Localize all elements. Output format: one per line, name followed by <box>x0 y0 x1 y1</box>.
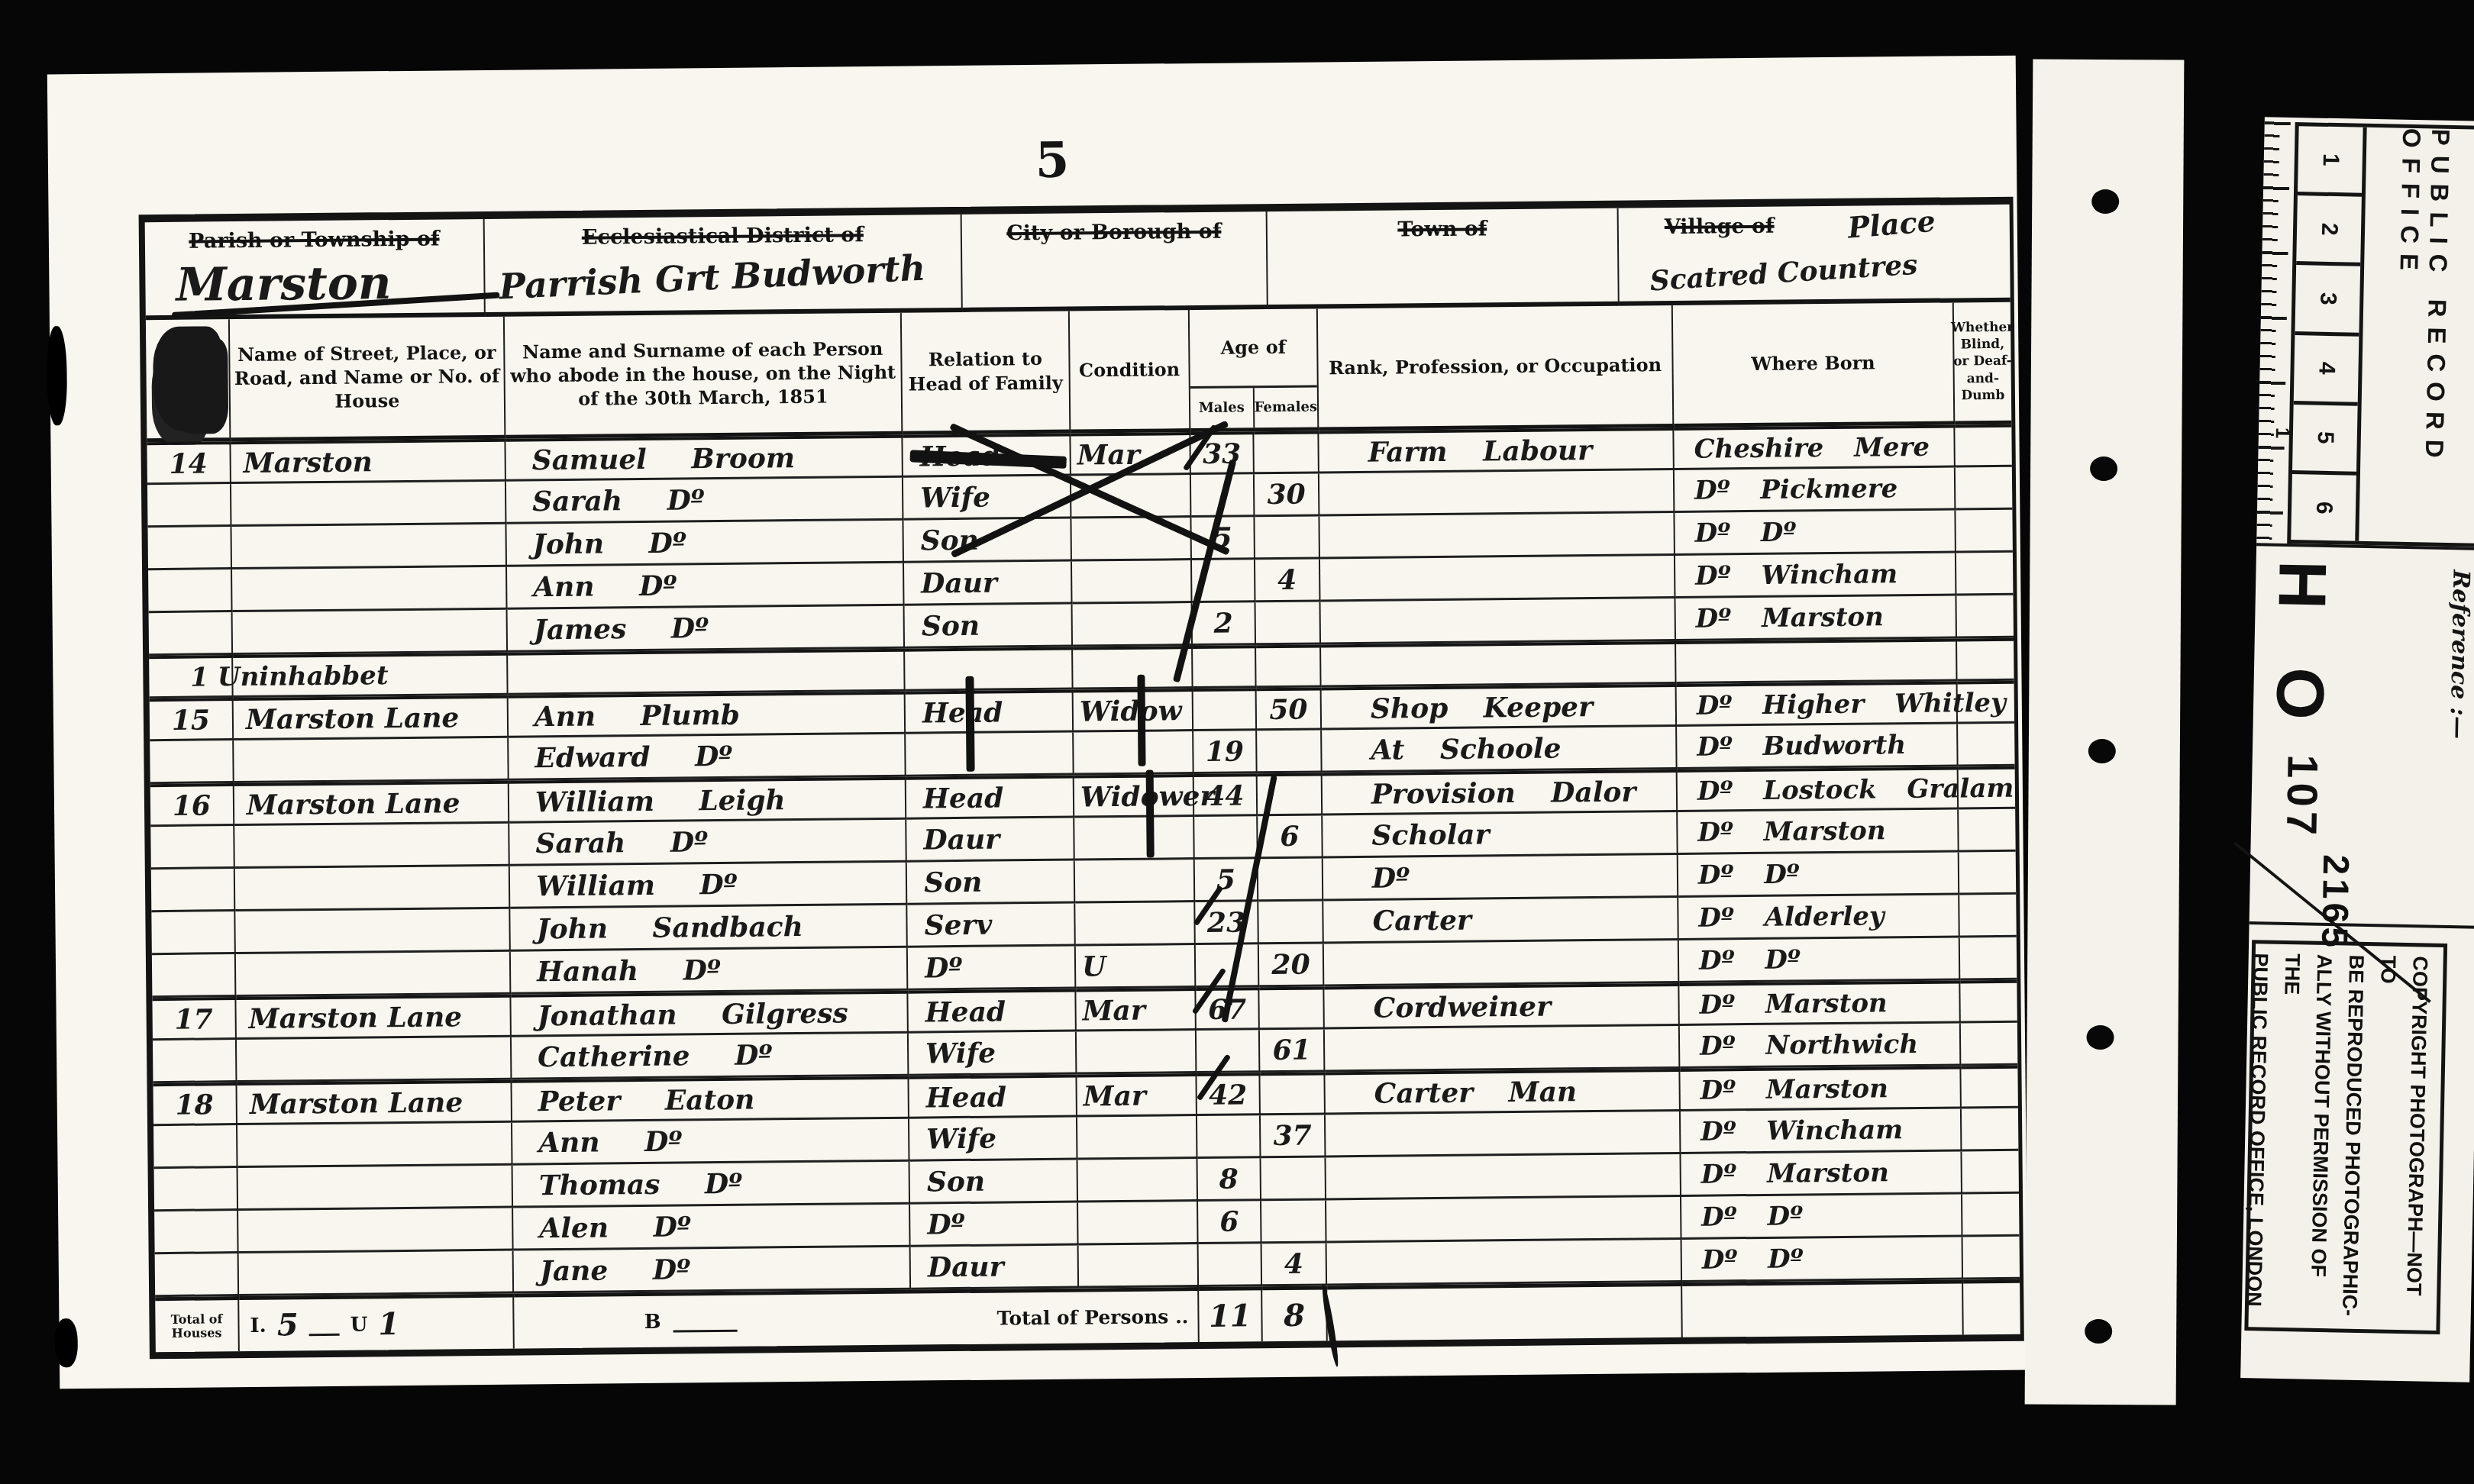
cell-street: Marston Lane <box>237 1080 512 1125</box>
cell-born: Dº Marston <box>1678 809 1959 855</box>
cell-blind <box>1959 809 2016 853</box>
cell-occupation <box>1326 1154 1681 1200</box>
cell-age-f <box>1260 1072 1326 1115</box>
ink-smudge <box>153 327 223 431</box>
handwritten-occupation: Carter <box>1372 904 1471 937</box>
handwritten-relation: Son <box>922 609 980 642</box>
cell-occupation <box>1326 1111 1681 1157</box>
column-header-row: Name of Street, Place, or Road, and Name… <box>146 302 2011 442</box>
punch-hole <box>2091 189 2119 214</box>
cell-street <box>239 1251 515 1296</box>
cm-number: 5 <box>2292 405 2358 476</box>
cell-born: Dº Marston <box>1679 980 1961 1026</box>
cell-street: Marston <box>231 439 506 484</box>
cell-condition: Widow <box>1074 689 1194 733</box>
cell-name: Sarah Dº <box>506 478 904 524</box>
village-value-line2: Scatred Countres <box>1649 249 1918 298</box>
cell-occupation: Cordweiner <box>1324 983 1680 1029</box>
cell-age-m: 6 <box>1198 1201 1262 1244</box>
column-name: Name and Surname of each Person who abod… <box>505 313 903 439</box>
cell-schedule <box>154 1168 239 1211</box>
handwritten-relation: Son <box>924 866 983 898</box>
cell-name: Hanah Dº <box>511 948 909 995</box>
cell-street <box>235 909 511 954</box>
handwritten-occupation: Scholar <box>1371 818 1489 851</box>
reference-label: Reference :— <box>2444 569 2474 739</box>
cm-ruler-box: 1 2 3 4 5 6 PUBLIC RECORD OFFICE <box>2287 122 2474 547</box>
district-label: Ecclesiastical District of <box>485 222 961 250</box>
handwritten-schedule: 14 <box>169 447 208 479</box>
handwritten-condition: Mar <box>1084 1079 1147 1112</box>
handwritten-relation: Son <box>927 1165 986 1198</box>
cell-born: Dº Budworth <box>1677 724 1959 769</box>
handwritten-name: Samuel Broom <box>531 442 795 476</box>
cell-occupation <box>1324 940 1680 986</box>
cell-schedule <box>152 954 237 998</box>
handwritten-name: William Leigh <box>535 784 786 818</box>
cell-born: Dº Dº <box>1682 1237 1964 1282</box>
handwritten-schedule: 17 <box>174 1003 213 1035</box>
handwritten-relation: Serv <box>924 908 992 941</box>
total-persons-label: B Total of Persons .. <box>514 1287 1200 1349</box>
handwritten-relation: Daur <box>923 823 1000 856</box>
reference-section: Reference :— H O 107 2165 <box>2250 543 2474 929</box>
handwritten-schedule: 15 <box>172 704 211 736</box>
district-value: Parrish Grt Budworth <box>498 247 926 308</box>
cell-age-m: 2 <box>1193 602 1257 646</box>
cell-age-m <box>1197 1115 1261 1159</box>
cell-schedule <box>154 1211 239 1254</box>
cell-age-m <box>1193 645 1257 689</box>
handwritten-name: Jane Dº <box>540 1253 691 1287</box>
cell-occupation <box>1326 1197 1682 1243</box>
cell-born: Dº Wincham <box>1675 553 1957 598</box>
handwritten-condition: Mar <box>1082 994 1145 1027</box>
handwritten-name: Peter Eaton <box>538 1083 755 1118</box>
cell-name: Thomas Dº <box>513 1162 911 1208</box>
parish-label: Parish or Township of <box>145 227 483 253</box>
cell-blind <box>1956 510 2013 553</box>
cell-name: William Dº <box>510 863 908 909</box>
cell-age-f <box>1256 644 1322 688</box>
handwritten-name: William Dº <box>536 868 738 902</box>
cell-name: William Leigh <box>509 777 907 824</box>
cell-blind <box>1960 937 2017 981</box>
cell-born: Dº Dº <box>1681 1194 1963 1240</box>
handwritten-name: Edward Dº <box>535 740 732 773</box>
handwritten-relation: Son <box>921 524 980 556</box>
handwritten-street: Marston Lane <box>247 787 460 821</box>
cell-age-f <box>1261 1200 1327 1244</box>
cell-schedule <box>155 1253 240 1297</box>
handwritten-name: Sarah Dº <box>535 826 708 860</box>
building-label: B <box>644 1310 661 1333</box>
cm-number: 4 <box>2294 335 2359 406</box>
handwritten-relation: Dº <box>927 1208 965 1240</box>
cell-born: Dº Marston <box>1675 595 1957 641</box>
handwritten-name: Sarah Dº <box>532 484 705 518</box>
cell-street: Marston Lane <box>236 995 512 1040</box>
column-age-label: Age of <box>1190 308 1317 389</box>
handwritten-born: Dº Wincham <box>1695 559 1897 592</box>
handwritten-occupation: Dº <box>1372 862 1410 894</box>
cell-schedule <box>151 869 236 912</box>
cell-name: Ann Dº <box>512 1119 910 1166</box>
cell-name: Jonathan Gilgress <box>511 991 909 1037</box>
inhabited-label: I. <box>250 1314 266 1337</box>
handwritten-age-m: 6 <box>1219 1205 1239 1237</box>
cell-relation: Head <box>908 989 1077 1034</box>
cell-occupation <box>1325 1026 1681 1072</box>
handwritten-occupation: Farm Labour <box>1368 434 1592 469</box>
cell-name: Sarah Dº <box>509 820 907 866</box>
cell-street <box>232 567 508 612</box>
cell-blind <box>1962 1194 2020 1237</box>
persons-label-text: Total of Persons .. <box>997 1305 1189 1329</box>
handwritten-born: Dº Dº <box>1699 944 1801 976</box>
handwritten-name: John Sandbach <box>536 910 803 944</box>
cell-age-m <box>1197 1030 1261 1073</box>
totals-empty-born <box>1682 1279 1964 1337</box>
cell-age-f <box>1255 516 1320 560</box>
handwritten-born: Dº Dº <box>1702 1244 1804 1275</box>
cell-blind <box>1963 1237 2020 1280</box>
village-label: Village of <box>1619 211 2056 239</box>
cell-age-m <box>1194 816 1258 860</box>
cell-born: Dº Lostock Gralam <box>1678 766 1959 812</box>
cell-blind <box>1960 980 2017 1024</box>
handwritten-age-f: 30 <box>1267 478 1306 510</box>
cell-condition <box>1072 560 1193 605</box>
cell-name: John Sandbach <box>510 905 908 952</box>
cell-occupation: Carter Man <box>1325 1069 1681 1115</box>
cell-occupation: Shop Keeper <box>1322 684 1678 730</box>
cell-relation: Wife <box>909 1118 1078 1162</box>
cell-condition: U <box>1076 945 1197 989</box>
ink-mark <box>1146 770 1155 858</box>
cell-street: 1 Uninhabbet <box>233 653 509 698</box>
handwritten-street: Marston Lane <box>250 1086 463 1121</box>
cell-condition <box>1073 603 1193 647</box>
handwritten-name: Ann Plumb <box>535 698 740 733</box>
cell-condition <box>1078 1202 1199 1246</box>
cell-relation: Head <box>906 690 1074 734</box>
cell-age-f: 50 <box>1257 687 1323 731</box>
blank-rule <box>673 1310 738 1333</box>
cell-relation: Dº <box>910 1203 1079 1247</box>
cell-schedule <box>147 484 232 527</box>
cell-occupation <box>1321 598 1677 644</box>
column-street: Name of Street, Place, or Road, and Name… <box>230 317 506 441</box>
cell-name: John Dº <box>506 521 904 567</box>
handwritten-born: Dº Alderley <box>1698 901 1885 933</box>
cell-condition: Widower <box>1074 774 1195 818</box>
handwritten-occupation: Cordweiner <box>1373 990 1551 1024</box>
cell-occupation: Farm Labour <box>1319 427 1675 473</box>
cell-blind <box>1958 724 2015 767</box>
cell-relation: Daur <box>906 818 1075 863</box>
village-cell: Village of Place Scatred Countres <box>1619 205 2011 306</box>
reference-class-stamp: 107 <box>2277 754 2328 840</box>
cell-name: Peter Eaton <box>512 1076 909 1123</box>
cell-name: Edward Dº <box>509 734 906 781</box>
cell-relation: Head <box>906 776 1075 820</box>
census-page: 5 Parish or Township of Marston Ecclesia… <box>47 56 2028 1389</box>
handwritten-age-f: 61 <box>1272 1034 1311 1066</box>
cell-age-m: 42 <box>1197 1073 1261 1116</box>
city-cell: City or Borough of <box>962 211 1268 312</box>
total-persons-females: 8 <box>1284 1298 1305 1334</box>
handwritten-name: Thomas Dº <box>539 1167 743 1202</box>
handwritten-relation: Head <box>925 995 1006 1028</box>
handwritten-condition: U <box>1082 950 1106 982</box>
handwritten-age-m: 44 <box>1206 779 1245 811</box>
total-houses-values: I. 5 U 1 <box>239 1294 515 1351</box>
handwritten-born: Dº Wincham <box>1700 1115 1903 1147</box>
handwritten-name: James Dº <box>534 612 709 646</box>
handwritten-born: Dº Dº <box>1701 1201 1803 1232</box>
column-condition: Condition <box>1070 310 1191 433</box>
cell-occupation: Carter <box>1323 898 1679 944</box>
cell-condition <box>1079 1244 1200 1289</box>
handwritten-relation: Dº <box>925 951 963 983</box>
cell-age-f <box>1254 431 1319 474</box>
handwritten-street: 1 Uninhabbet <box>190 660 389 692</box>
handwritten-relation: Head <box>923 782 1004 815</box>
page-number: 5 <box>1006 131 1099 189</box>
total-persons-males: 11 <box>1209 1298 1252 1334</box>
cell-blind <box>1957 638 2014 682</box>
inch-number: 1 <box>2271 427 2295 439</box>
cell-name <box>508 649 906 695</box>
cell-relation: Serv <box>907 904 1076 948</box>
cell-condition: Mar <box>1076 988 1197 1032</box>
cell-schedule <box>148 527 233 570</box>
cell-blind <box>1962 1151 2019 1195</box>
cell-condition <box>1073 646 1193 690</box>
cell-occupation <box>1319 513 1675 559</box>
totals-empty-blind <box>1963 1279 2020 1335</box>
cell-blind <box>1956 553 2014 596</box>
handwritten-age-f: 50 <box>1269 693 1308 725</box>
handwritten-name: Ann Dº <box>533 569 677 603</box>
cell-name: Samuel Broom <box>505 435 903 482</box>
cell-occupation: Scholar <box>1323 812 1678 858</box>
district-cell: Ecclesiastical District of Parrish Grt B… <box>485 215 963 317</box>
punch-hole <box>2085 1319 2112 1344</box>
reference-series-stamp: H O <box>2260 560 2341 740</box>
handwritten-relation: Head <box>922 696 1003 729</box>
cell-relation: Dº <box>908 947 1077 991</box>
handwritten-age-f: 6 <box>1280 820 1299 852</box>
handwritten-name: John Dº <box>533 527 687 560</box>
handwritten-relation: Daur <box>921 566 997 599</box>
cell-age-f <box>1261 1157 1326 1201</box>
cell-schedule: 18 <box>153 1082 237 1126</box>
cell-occupation: At Schoole <box>1322 727 1678 773</box>
cell-occupation <box>1319 470 1675 516</box>
handwritten-born: Dº Northwich <box>1700 1028 1918 1061</box>
handwritten-occupation: At Schoole <box>1371 732 1562 766</box>
handwritten-occupation: Provision Dalor <box>1371 776 1636 810</box>
cell-relation <box>905 647 1074 692</box>
cell-name: Alen Dº <box>513 1205 911 1251</box>
cell-born: Dº Alderley <box>1678 895 1960 940</box>
cell-relation: Son <box>905 605 1074 649</box>
handwritten-born: Dº Dº <box>1694 517 1796 548</box>
cell-age-m <box>1193 688 1258 731</box>
handwritten-relation: Wife <box>926 1122 996 1155</box>
handwritten-street: Marston Lane <box>246 702 460 736</box>
cell-relation: Head <box>909 1075 1077 1119</box>
cell-age-m <box>1196 944 1260 988</box>
handwritten-name: Catherine Dº <box>538 1039 773 1073</box>
reference-piece-stamp: 2165 <box>2313 854 2356 952</box>
cm-number: 2 <box>2296 195 2362 266</box>
city-label: City or Borough of <box>962 219 1266 246</box>
cell-condition <box>1077 1031 1197 1075</box>
cell-born <box>1676 638 1958 684</box>
cell-schedule <box>153 1125 238 1169</box>
cell-blind <box>1961 1023 2018 1066</box>
cell-blind <box>1955 424 2012 468</box>
cell-blind <box>1962 1108 2019 1152</box>
cell-blind <box>1959 895 2017 938</box>
cm-number: 6 <box>2291 474 2356 541</box>
table-rows: 14MarstonSamuel BroomHeadMar33Farm Labou… <box>147 424 2020 1297</box>
cell-street <box>231 482 507 527</box>
cell-blind <box>1958 681 2015 724</box>
cell-born: Cheshire Mere <box>1674 424 1956 470</box>
cell-age-f: 37 <box>1261 1115 1326 1158</box>
cell-relation <box>906 733 1074 777</box>
cell-street <box>236 952 512 997</box>
cell-born: Dº Wincham <box>1681 1108 1962 1154</box>
punch-hole <box>2086 1025 2114 1050</box>
cell-schedule <box>149 612 234 656</box>
cell-name: Ann Dº <box>507 563 905 610</box>
cell-relation: Wife <box>903 476 1072 521</box>
cell-condition <box>1075 860 1196 904</box>
handwritten-born: Dº Marston <box>1699 988 1888 1020</box>
cell-relation: Son <box>907 861 1076 905</box>
handwritten-street: Marston Lane <box>248 1001 462 1035</box>
cell-name: Catherine Dº <box>512 1034 909 1080</box>
cell-name: Ann Plumb <box>509 692 906 738</box>
cell-age-f: 4 <box>1255 559 1321 602</box>
cell-street <box>234 738 509 783</box>
handwritten-condition: Widow <box>1080 695 1182 727</box>
cell-age-f <box>1256 602 1322 645</box>
cell-street <box>237 1123 513 1168</box>
scan-artifact <box>47 326 67 425</box>
cell-blind <box>1959 852 2017 895</box>
public-record-office-card: 1 2 1 2 3 4 5 6 PUBLIC RECORD OFFICE Ref… <box>2240 117 2474 1382</box>
handwritten-occupation: Carter Man <box>1374 1076 1577 1110</box>
uninhabited-value: 1 <box>378 1306 399 1342</box>
ink-mark <box>1137 675 1145 766</box>
cm-number: 3 <box>2295 265 2360 336</box>
column-born: Where Born <box>1673 302 1956 427</box>
handwritten-age-f: 4 <box>1277 563 1297 595</box>
cell-age-f <box>1258 858 1324 902</box>
column-relation: Relation to Head of Family <box>902 311 1071 435</box>
cell-name: Jane Dº <box>514 1247 912 1294</box>
cell-schedule <box>153 1040 237 1083</box>
cell-born: Dº Dº <box>1679 937 1961 983</box>
cell-street <box>238 1166 514 1211</box>
handwritten-age-f: 4 <box>1284 1247 1303 1279</box>
punch-hole <box>2088 739 2116 763</box>
town-cell: Town of <box>1268 208 1620 309</box>
totals-empty-occupation <box>1327 1282 1683 1340</box>
handwritten-relation: Daur <box>928 1250 1004 1283</box>
cell-age-f: 20 <box>1259 944 1325 987</box>
ink-mark <box>965 676 974 772</box>
cell-age-m: 8 <box>1198 1158 1262 1202</box>
cell-schedule <box>150 826 235 869</box>
blank-rule <box>308 1314 339 1336</box>
handwritten-name: Hanah Dº <box>537 954 721 988</box>
cell-schedule <box>151 911 236 955</box>
cm-ruler: 1 2 3 4 5 6 <box>2291 126 2366 541</box>
cell-born: Dº Northwich <box>1680 1023 1962 1069</box>
cell-street <box>235 866 511 911</box>
cell-condition <box>1077 1116 1198 1160</box>
handwritten-born: Dº Budworth <box>1697 730 1906 763</box>
cell-born: Dº Dº <box>1678 852 1960 898</box>
inhabited-value: 5 <box>277 1307 299 1343</box>
handwritten-relation: Wife <box>925 1037 996 1069</box>
cell-age-f: 4 <box>1262 1243 1328 1286</box>
cell-street: Marston Lane <box>234 695 509 740</box>
handwritten-schedule: 16 <box>173 789 212 821</box>
town-label: Town of <box>1268 216 1617 243</box>
handwritten-occupation: Shop Keeper <box>1371 691 1594 725</box>
column-blind: Whether Blind, or Deaf-and-Dumb <box>1954 302 2012 425</box>
handwritten-age-m: 19 <box>1206 735 1245 767</box>
cell-relation: Daur <box>904 562 1073 606</box>
handwritten-born: Dº Dº <box>1698 859 1800 890</box>
census-form: Parish or Township of Marston Ecclesiast… <box>139 197 2024 1359</box>
cell-schedule <box>148 569 233 613</box>
handwritten-born: Dº Marston <box>1700 1073 1888 1105</box>
handwritten-age-m: 42 <box>1209 1079 1248 1111</box>
cell-age-m: 19 <box>1193 731 1258 774</box>
cell-blind <box>1959 766 2016 810</box>
cell-condition <box>1074 817 1195 861</box>
punch-hole <box>2090 456 2117 481</box>
copyright-notice: COPYRIGHT PHOTOGRAPH—NOT TO BE REPRODUCE… <box>2256 953 2436 1321</box>
column-schedule-smudged <box>146 319 231 442</box>
cell-age-f <box>1259 986 1325 1030</box>
cell-schedule: 14 <box>147 441 231 485</box>
uninhabited-label: U <box>350 1313 367 1336</box>
cell-blind <box>1956 467 2013 511</box>
scan-artifact <box>54 1318 78 1367</box>
cell-occupation: Dº <box>1323 855 1679 901</box>
cell-schedule: 17 <box>152 997 237 1040</box>
column-age-females: Females <box>1254 387 1317 427</box>
cell-born: Dº Higher Whitley <box>1677 681 1959 727</box>
village-value-line1: Place <box>1846 204 1936 245</box>
cell-schedule: 15 <box>150 698 234 741</box>
cell-born: Dº Marston <box>1681 1151 1962 1197</box>
cell-age-m: 44 <box>1194 773 1258 817</box>
ruler-section: 1 2 1 2 3 4 5 6 PUBLIC RECORD OFFICE <box>2256 121 2474 547</box>
cell-name: James Dº <box>508 606 906 653</box>
total-houses-label: Total of Houses <box>155 1296 240 1352</box>
